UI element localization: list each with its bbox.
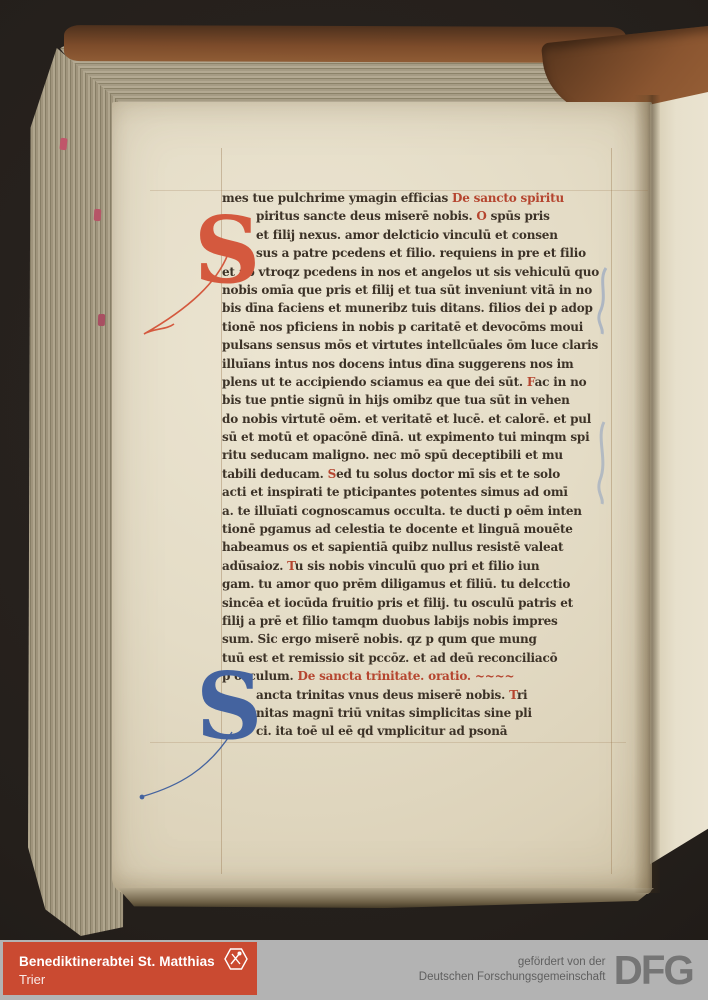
manuscript-line: sum. Sic ergo miserē nobis. qz p qum que… [222, 630, 614, 648]
manuscript-text: sincēa et iocūda fruitio pris et filij. … [222, 596, 573, 610]
manuscript-line: ci. ita toē ul eē qd vmplicitur ad psonā [222, 722, 614, 740]
manuscript-text: adūsaioz. [222, 559, 287, 573]
manuscript-photo: mes tue pulchrime ymagin efficias De san… [0, 0, 708, 1000]
manuscript-text: ritu seducam maligno. nec mō spū decepti… [222, 448, 563, 462]
rubric-text: T [287, 559, 295, 573]
manuscript-text: sū et motū et opacōnē dīnā. ut expimento… [222, 430, 589, 444]
manuscript-text: ri [517, 688, 527, 702]
manuscript-text: plens ut te accipiendo sciamus ea que de… [222, 375, 527, 389]
manuscript-text: piritus sancte deus miserē nobis. [256, 209, 476, 223]
bookmark-tab [59, 138, 67, 151]
manuscript-text: ci. ita toē ul eē qd vmplicitur ad psonā [256, 724, 507, 738]
manuscript-line: pulsans sensus mōs et virtutes intellcūa… [222, 336, 614, 354]
manuscript-line: tionē pgamus ad celestia te docente et l… [222, 520, 614, 538]
manuscript-line: ritu seducam maligno. nec mō spū decepti… [222, 446, 614, 464]
dfg-credit-text: gefördert von der Deutschen Forschungsge… [419, 955, 606, 985]
blue-initial-letter: S [196, 666, 262, 747]
bookmark-tab [98, 314, 105, 326]
manuscript-line: plens ut te accipiendo sciamus ea que de… [222, 373, 614, 391]
dfg-logo: DFG [614, 950, 693, 991]
manuscript-line: tuū est et remissio sit pccōz. et ad deū… [222, 649, 614, 667]
manuscript-line: sincēa et iocūda fruitio pris et filij. … [222, 594, 614, 612]
rubric-text: De sancto spiritu [452, 191, 564, 205]
manuscript-text: tuū est et remissio sit pccōz. et ad deū… [222, 651, 557, 665]
manuscript-text: illuīans intus nos docens intus dīna sug… [222, 357, 573, 371]
manuscript-line: tionē nos pficiens in nobis p caritatē e… [222, 318, 614, 336]
manuscript-line: sus a patre pcedens et filio. requiens i… [222, 244, 614, 262]
manuscript-text: bis tue pntie signū in hijs omibz que tu… [222, 393, 570, 407]
manuscript-line: ancta trinitas vnus deus miserē nobis. T… [222, 686, 614, 704]
manuscript-text: do nobis virtutē oēm. et veritatē et luc… [222, 412, 591, 426]
manuscript-line: gam. tu amor quo prēm diligamus et filiū… [222, 575, 614, 593]
dfg-credit-line1: gefördert von der [419, 955, 606, 970]
manuscript-text: tionē pgamus ad celestia te docente et l… [222, 522, 573, 536]
manuscript-line: mes tue pulchrime ymagin efficias De san… [222, 189, 614, 207]
manuscript-text: ancta trinitas vnus deus miserē nobis. [256, 688, 509, 702]
rubric-text: O [476, 209, 486, 223]
manuscript-text: a. te illuīati cognoscamus occulta. te d… [222, 504, 582, 518]
manuscript-text: spūs pris [487, 209, 550, 223]
manuscript-text: sum. Sic ergo miserē nobis. qz p qum que… [222, 632, 537, 646]
manuscript-line: do nobis virtutē oēm. et veritatē et luc… [222, 410, 614, 428]
manuscript-line: illuīans intus nos docens intus dīna sug… [222, 355, 614, 373]
manuscript-text: tionē nos pficiens in nobis p caritatē e… [222, 320, 583, 334]
manuscript-text: bis dīna faciens et muneribz tuis ditans… [222, 301, 593, 315]
manuscript-line: bis dīna faciens et muneribz tuis ditans… [222, 299, 614, 317]
manuscript-line: sū et motū et opacōnē dīnā. ut expimento… [222, 428, 614, 446]
manuscript-line: et filij nexus. amor delcticio vinculū e… [222, 226, 614, 244]
page-stack-left-edge [28, 48, 124, 936]
dfg-credit-line2: Deutschen Forschungsgemeinschaft [419, 970, 606, 985]
red-initial-letter: S [194, 210, 260, 291]
manuscript-text: gam. tu amor quo prēm diligamus et filiū… [222, 577, 570, 591]
manuscript-text: sus a patre pcedens et filio. requiens i… [256, 246, 586, 260]
book-gutter-shadow [634, 95, 660, 893]
manuscript-text: filij a prē et filio tamqm duobus labijs… [222, 614, 558, 628]
marginal-blue-mark [594, 420, 612, 506]
manuscript-line: bis tue pntie signū in hijs omibz que tu… [222, 391, 614, 409]
manuscript-text: acti et inspirati te pticipantes potente… [222, 485, 568, 499]
manuscript-text: nobis omīa que pris et filij et tua sūt … [222, 283, 592, 297]
rubric-text: S [328, 467, 336, 481]
abbey-banner: Benediktinerabtei St. Matthias Trier [3, 942, 257, 995]
rubric-text: F [527, 375, 535, 389]
manuscript-line: tabili deducam. Sed tu solus doctor mī s… [222, 465, 614, 483]
manuscript-text: u sis nobis vinculū quo pri et filio iun [295, 559, 540, 573]
manuscript-line: nitas magnī triū vnitas simplicitas sine… [222, 704, 614, 722]
manuscript-text: ed tu solus doctor mī sis et te solo [336, 467, 560, 481]
marginal-blue-mark [594, 266, 612, 336]
manuscript-text: ac in no [535, 375, 587, 389]
dfg-funding-block: gefördert von der Deutschen Forschungsge… [419, 940, 694, 1000]
bookmark-tab [94, 209, 102, 221]
manuscript-text: et ab vtroqz pcedens in nos et angelos u… [222, 265, 599, 279]
manuscript-line: a. te illuīati cognoscamus occulta. te d… [222, 502, 614, 520]
manuscript-text: habeamus os et sapientiā quibz nullus re… [222, 540, 563, 554]
manuscript-line: acti et inspirati te pticipantes potente… [222, 483, 614, 501]
manuscript-line: habeamus os et sapientiā quibz nullus re… [222, 538, 614, 556]
manuscript-line: adūsaioz. Tu sis nobis vinculū quo pri e… [222, 557, 614, 575]
manuscript-text: et filij nexus. amor delcticio vinculū e… [256, 228, 558, 242]
rubric-text: De sancta trinitate. oratio. ~~~~ [298, 669, 515, 683]
manuscript-text: tabili deducam. [222, 467, 328, 481]
manuscript-text: nitas magnī triū vnitas simplicitas sine… [256, 706, 532, 720]
text-block: mes tue pulchrime ymagin efficias De san… [222, 189, 614, 741]
footer-bar: Benediktinerabtei St. Matthias Trier gef… [0, 940, 708, 1000]
rubric-text: T [509, 688, 517, 702]
manuscript-text: pulsans sensus mōs et virtutes intellcūa… [222, 338, 598, 352]
abbey-name: Benediktinerabtei St. Matthias [19, 954, 215, 969]
page-stack-bottom-edge [118, 888, 654, 908]
abbey-city: Trier [19, 972, 45, 987]
abbey-crest-icon [223, 945, 249, 973]
manuscript-line: nobis omīa que pris et filij et tua sūt … [222, 281, 614, 299]
manuscript-line: et ab vtroqz pcedens in nos et angelos u… [222, 263, 614, 281]
manuscript-line: piritus sancte deus miserē nobis. O spūs… [222, 207, 614, 225]
manuscript-line: filij a prē et filio tamqm duobus labijs… [222, 612, 614, 630]
manuscript-line: p osculum. De sancta trinitate. oratio. … [222, 667, 614, 685]
